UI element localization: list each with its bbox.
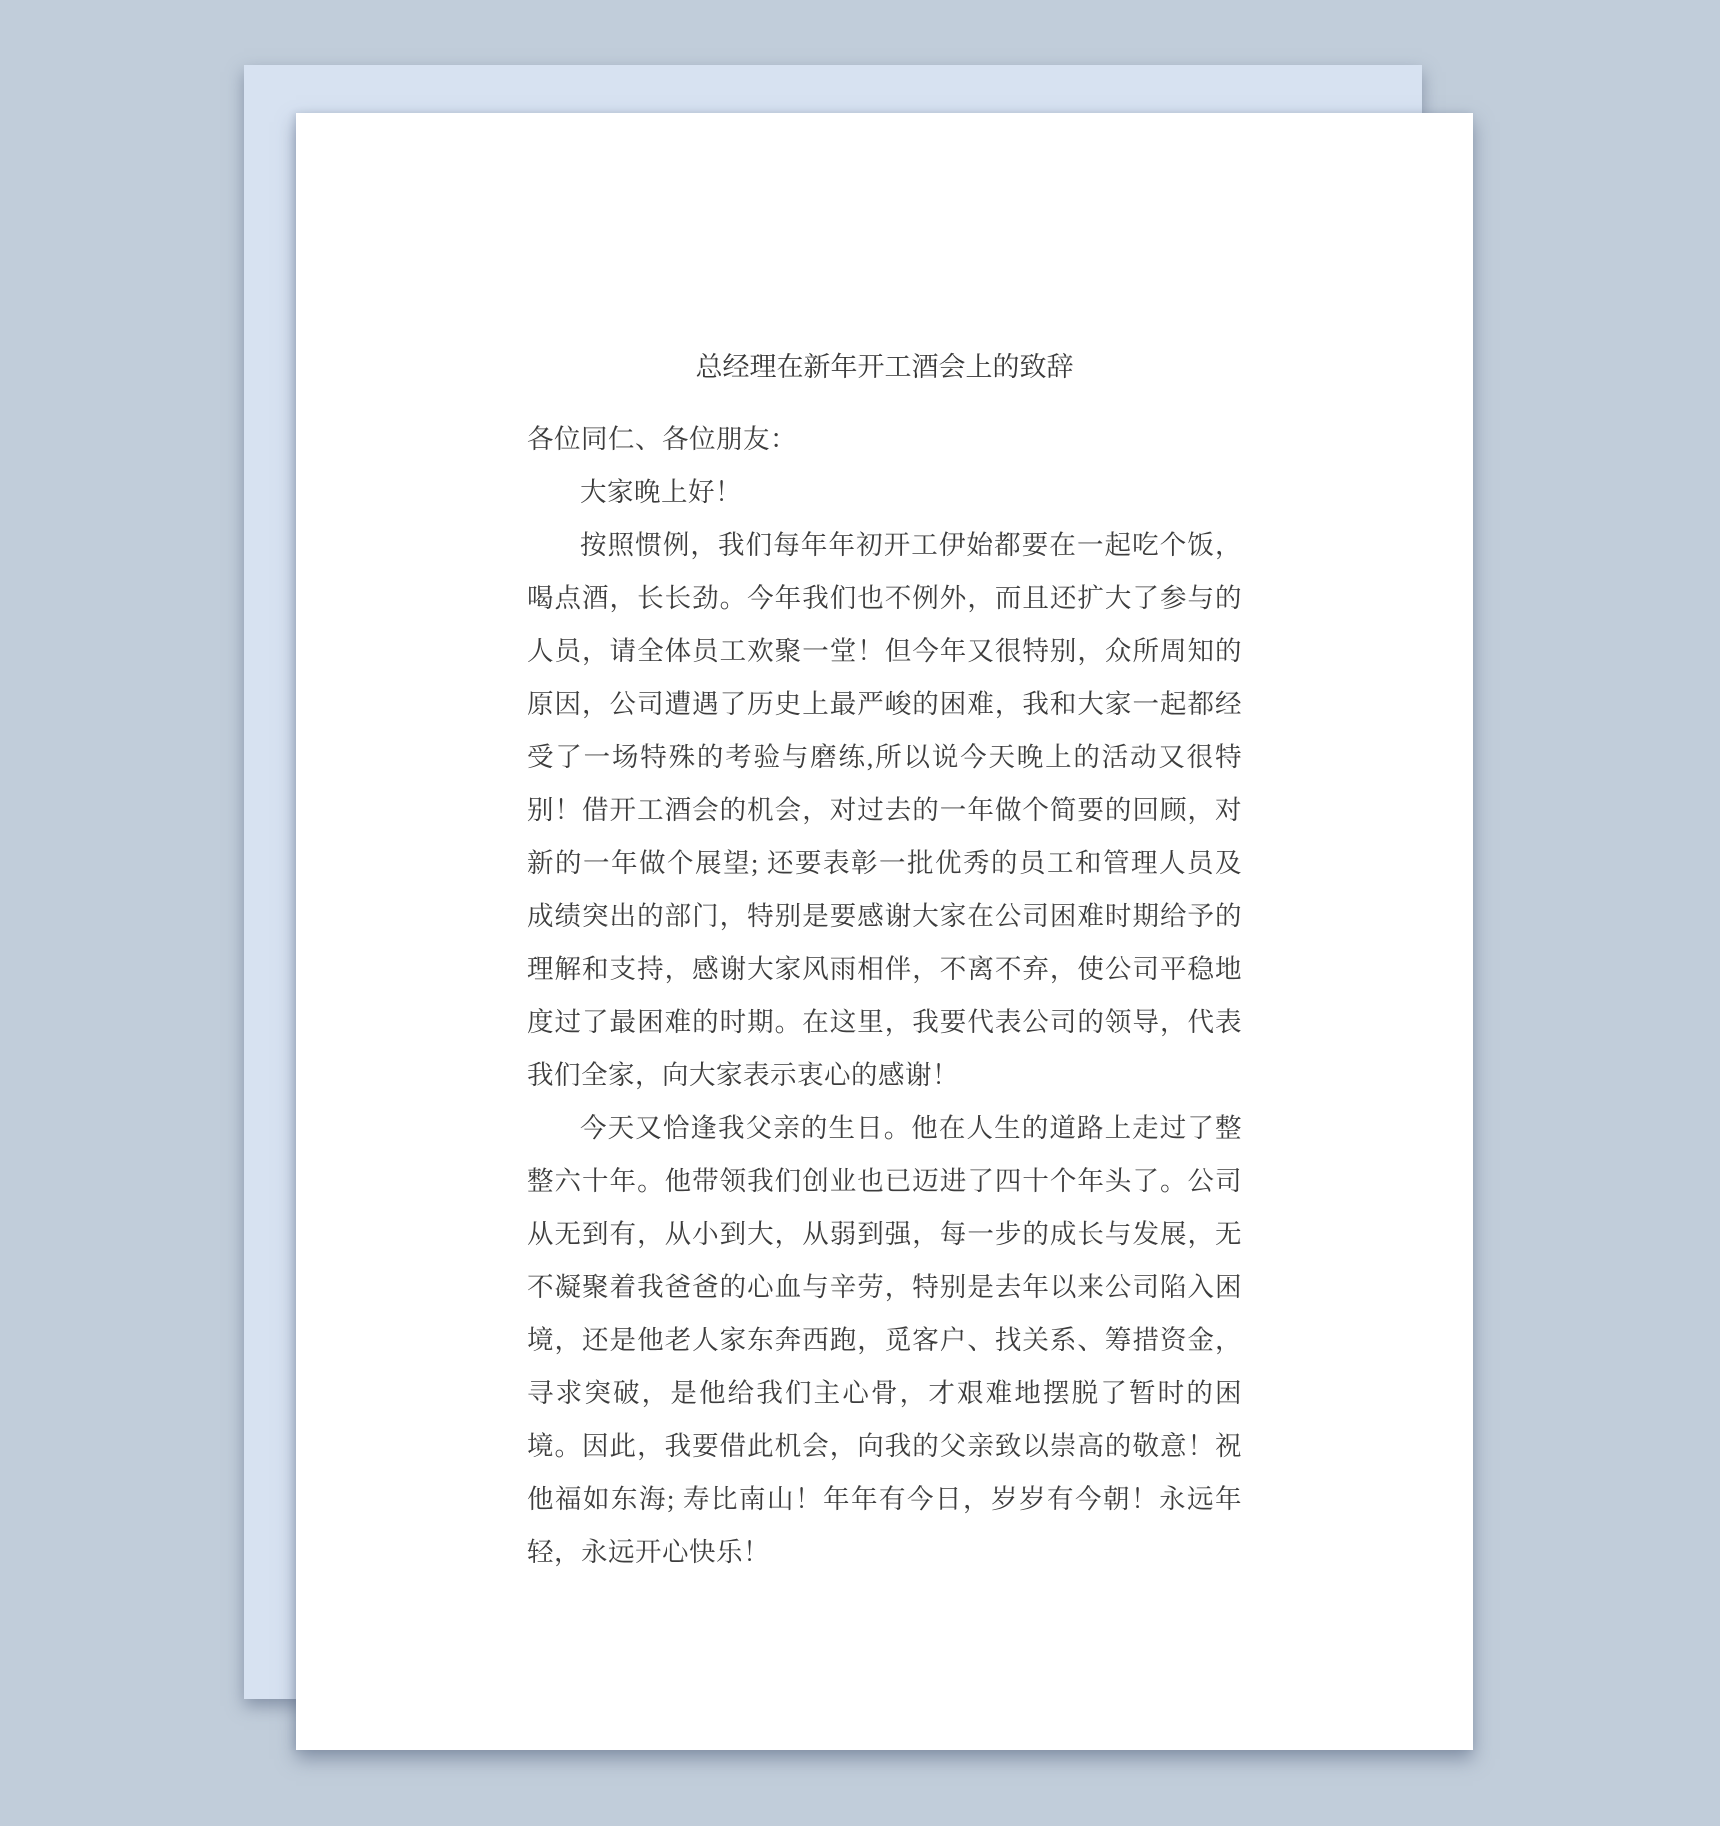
salutation-line: 各位同仁、各位朋友： <box>527 413 1242 466</box>
document-content: 总经理在新年开工酒会上的致辞 各位同仁、各位朋友： 大家晚上好！ 按照惯例，我们… <box>296 113 1473 1579</box>
body-paragraph-2: 今天又恰逢我父亲的生日。他在人生的道路上走过了整整六十年。他带领我们创业也已迈进… <box>527 1102 1242 1579</box>
document-page: 总经理在新年开工酒会上的致辞 各位同仁、各位朋友： 大家晚上好！ 按照惯例，我们… <box>296 113 1473 1750</box>
desk-background: 总经理在新年开工酒会上的致辞 各位同仁、各位朋友： 大家晚上好！ 按照惯例，我们… <box>0 0 1720 1826</box>
greeting-line: 大家晚上好！ <box>527 466 1242 519</box>
body-paragraph-1: 按照惯例，我们每年年初开工伊始都要在一起吃个饭，喝点酒，长长劲。今年我们也不例外… <box>527 519 1242 1102</box>
document-title: 总经理在新年开工酒会上的致辞 <box>527 341 1242 394</box>
